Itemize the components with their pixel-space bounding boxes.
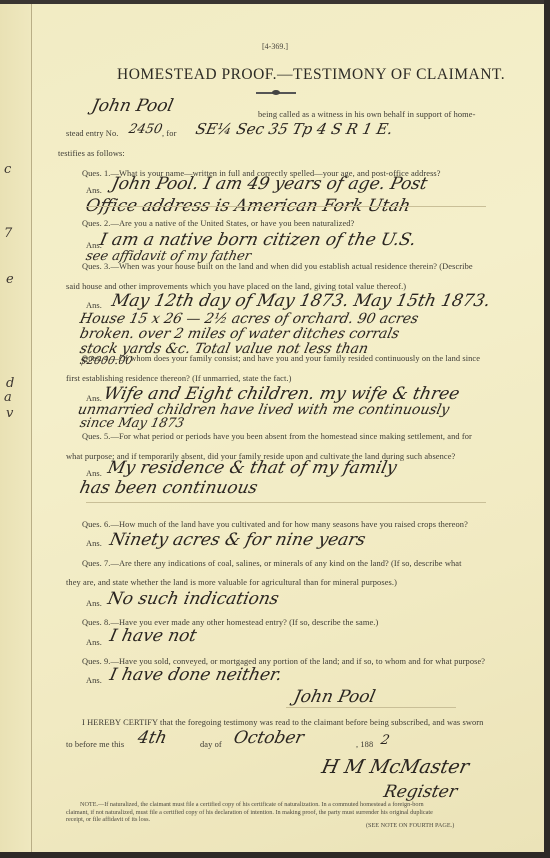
entry-for: , for [162,129,176,138]
answer-3: broken. over 2 miles of water ditches co… [78,326,400,342]
margin-mark: a [4,390,12,405]
margin-mark: c [4,162,11,177]
see-note: (SEE NOTE ON FOURTH PAGE.) [366,822,454,830]
margin-mark: v [6,406,13,421]
certification-year: 2 [379,733,390,748]
page-title: HOMESTEAD PROOF.—TESTIMONY OF CLAIMANT. [117,66,505,84]
answer-label: Ans. [86,676,102,685]
question-4-cont: first establishing residence thereon? (I… [66,374,292,383]
entry-prefix: stead entry No. [66,129,118,138]
answer-label: Ans. [86,638,102,647]
answer-2: I am a native born citizen of the U.S. [98,230,418,250]
question-4: Ques. 4.—Of whom does your family consis… [82,354,480,363]
answer-label: Ans. [86,539,102,548]
certification-text: I HEREBY CERTIFY that the foregoing test… [82,718,483,727]
certification-day: 4th [136,728,169,748]
testifies-text: testifies as follows: [58,149,125,158]
land-description: SE¼ Sec 35 Tp 4 S R 1 E. [194,120,394,138]
question-2: Ques. 2.—Are you a native of the United … [82,219,354,228]
register-title: Register [382,782,459,802]
question-3: Ques. 3.—When was your house built on th… [82,262,473,271]
fold-line [31,4,32,852]
title-ornament [256,92,296,94]
answer-3: House 15 x 26 — 2½ acres of orchard. 90 … [78,311,420,327]
answer-7: No such indications [106,589,281,609]
entry-number: 2450 [127,122,163,137]
question-3-cont: said house and other improvements which … [66,282,406,291]
question-7-cont: they are, and state whether the land is … [66,578,397,587]
answer-rule [86,502,486,503]
margin-mark: 7 [4,226,12,241]
answer-8: I have not [108,626,199,646]
certification-day-of: day of [200,740,222,749]
margin-mark: e [6,272,14,287]
certification-month: October [232,728,306,748]
answer-9: I have done neither. [108,665,284,685]
answer-label: Ans. [86,599,102,608]
answer-4: since May 1873 [78,416,185,431]
question-7: Ques. 7.—Are there any indications of co… [82,559,462,568]
scan-edge [0,852,550,858]
answer-5: My residence & that of my family [106,458,399,478]
answer-rule [86,206,486,207]
answer-label: Ans. [86,469,102,478]
scan-edge [544,0,550,858]
signature-rule [286,707,456,708]
answer-5: has been continuous [78,478,260,498]
margin-mark: d [6,376,14,391]
certification-prefix: to before me this [66,740,124,749]
register-signature: H M McMaster [320,756,471,778]
answer-3: May 12th day of May 1873. May 15th 1873. [110,291,492,311]
answer-label: Ans. [86,186,102,195]
intro-text: being called as a witness in his own beh… [258,110,476,119]
answer-4: Wife and Eight children. my wife & three [102,384,462,404]
left-margin [0,4,31,852]
answer-6: Ninety acres & for nine years [108,530,367,550]
homestead-proof-document: c 7 e d a v [4-369.] HOMESTEAD PROOF.—TE… [0,4,544,852]
answer-label: Ans. [86,301,102,310]
note-text: NOTE.—If naturalized, the claimant must … [66,801,433,824]
form-number: [4-369.] [262,42,288,51]
question-5: Ques. 5.—For what period or periods have… [82,432,472,441]
question-6: Ques. 6.—How much of the land have you c… [82,520,468,529]
claimant-signature: John Pool [292,687,377,707]
claimant-name: John Pool [90,96,175,116]
certification-year-prefix: , 188 [356,740,373,749]
answer-1: John Pool. I am 49 years of age. Post [110,174,429,194]
